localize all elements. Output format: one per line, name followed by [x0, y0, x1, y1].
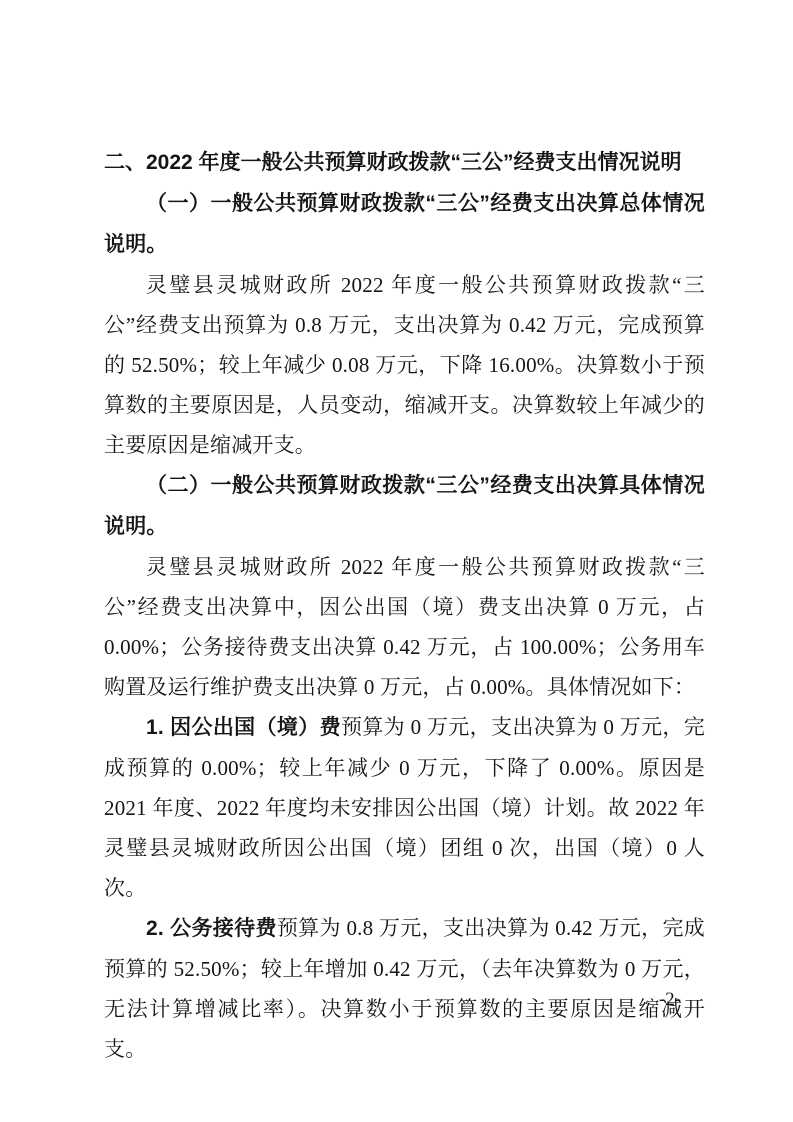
- text-run: 灵璧县灵城财政所 2022 年度一般公共预算财政拨款“三公”经费支出预算为 0.…: [104, 273, 705, 457]
- document-page: 二、2022 年度一般公共预算财政拨款“三公”经费支出情况说明（一）一般公共预算…: [0, 0, 793, 1122]
- paragraph-overall-situation: 灵璧县灵城财政所 2022 年度一般公共预算财政拨款“三公”经费支出预算为 0.…: [104, 265, 705, 465]
- bold-text-run: （二）一般公共预算财政拨款“三公”经费支出决算具体情况说明。: [104, 474, 705, 538]
- subsection-heading-1: （一）一般公共预算财政拨款“三公”经费支出决算总体情况说明。: [104, 183, 705, 265]
- document-body: 二、2022 年度一般公共预算财政拨款“三公”经费支出情况说明（一）一般公共预算…: [104, 143, 705, 1069]
- text-run: 预算为 0 万元，支出决算为 0 万元，完成预算的 0.00%；较上年减少 0 …: [104, 715, 705, 900]
- bold-text-run: 1. 因公出国（境）费: [146, 716, 341, 739]
- page-number: -2-: [659, 986, 681, 1014]
- section-heading-main: 二、2022 年度一般公共预算财政拨款“三公”经费支出情况说明: [104, 143, 705, 183]
- bold-text-run: 2. 公务接待费: [146, 917, 277, 940]
- bold-text-run: （一）一般公共预算财政拨款“三公”经费支出决算总体情况说明。: [104, 192, 705, 256]
- bold-text-run: 二、2022 年度一般公共预算财政拨款“三公”经费支出情况说明: [104, 151, 682, 174]
- text-run: 灵璧县灵城财政所 2022 年度一般公共预算财政拨款“三公”经费支出决算中，因公…: [104, 555, 705, 699]
- item-1-overseas-travel: 1. 因公出国（境）费预算为 0 万元，支出决算为 0 万元，完成预算的 0.0…: [104, 707, 705, 908]
- paragraph-specific-situation: 灵璧县灵城财政所 2022 年度一般公共预算财政拨款“三公”经费支出决算中，因公…: [104, 547, 705, 707]
- subsection-heading-2: （二）一般公共预算财政拨款“三公”经费支出决算具体情况说明。: [104, 465, 705, 547]
- item-2-official-reception: 2. 公务接待费预算为 0.8 万元，支出决算为 0.42 万元，完成预算的 5…: [104, 908, 705, 1069]
